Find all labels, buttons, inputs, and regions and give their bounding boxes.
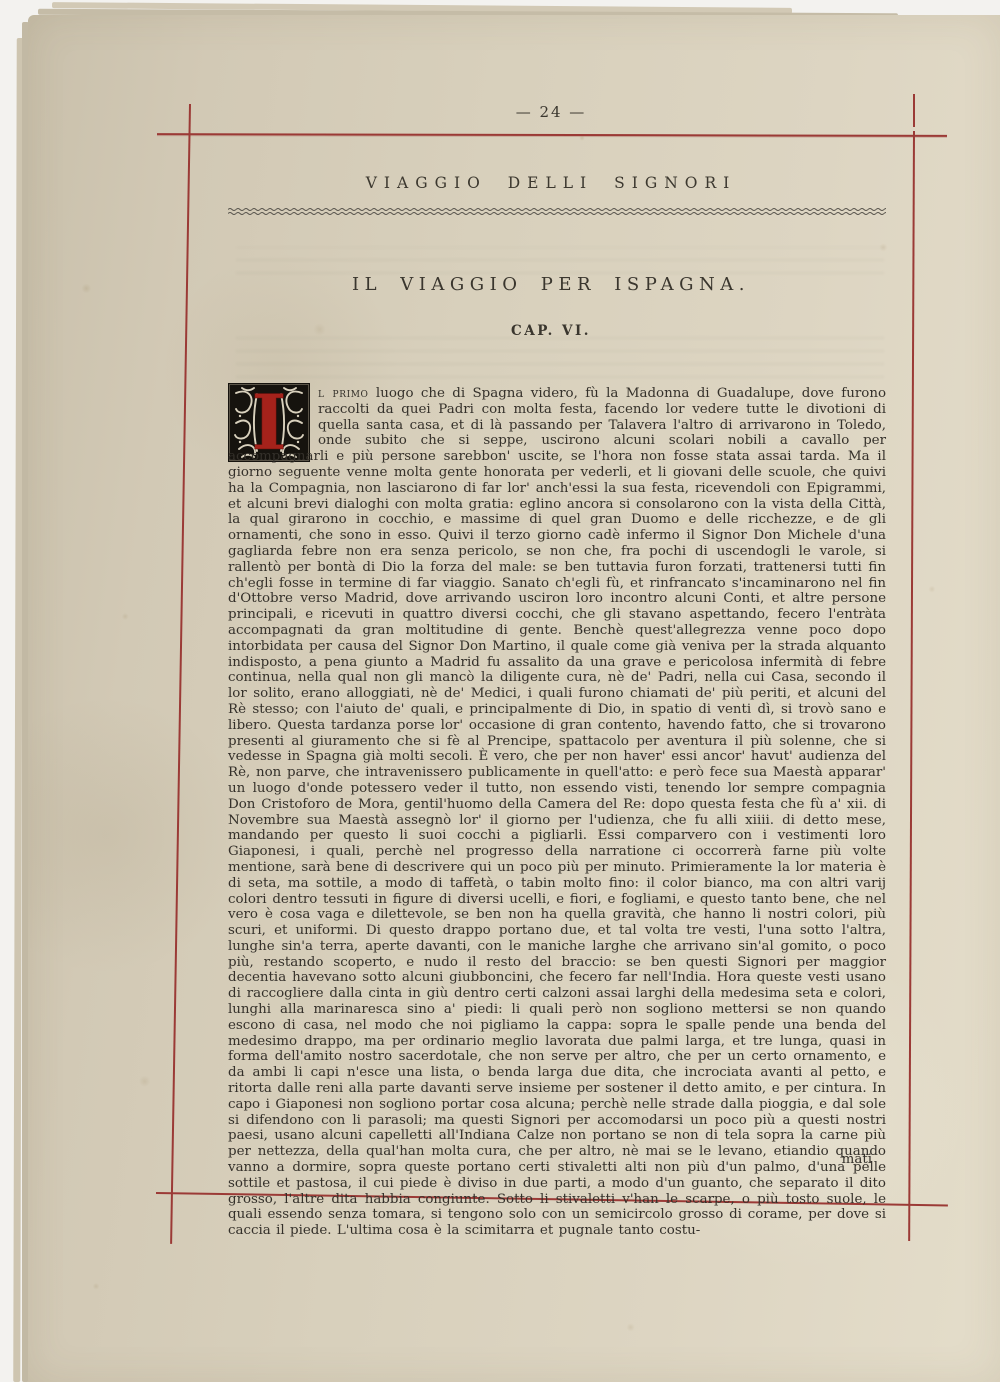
running-header: VIAGGIO DELLI SIGNORI [200, 174, 902, 192]
body-paragraph: luogo che di Spagna videro, fù la Madonn… [228, 386, 886, 1238]
scanned-book-page: — 24 — VIAGGIO DELLI SIGNORI IL VIAGGIO … [0, 0, 1000, 1382]
chapter-title: IL VIAGGIO PER ISPAGNA. [200, 274, 902, 295]
lead-in-small-caps: l primo [318, 386, 369, 401]
text-block: I l primo luogo che di Spagna videro, fù… [228, 386, 886, 1239]
page-number: — 24 — [451, 103, 651, 121]
red-margin-rule-right [913, 94, 915, 127]
body-text: I l primo luogo che di Spagna videro, fù… [228, 386, 886, 1239]
catchword: mati [228, 1152, 872, 1167]
wavy-double-rule [228, 201, 886, 210]
chapter-number: CAP. VI. [200, 323, 902, 339]
